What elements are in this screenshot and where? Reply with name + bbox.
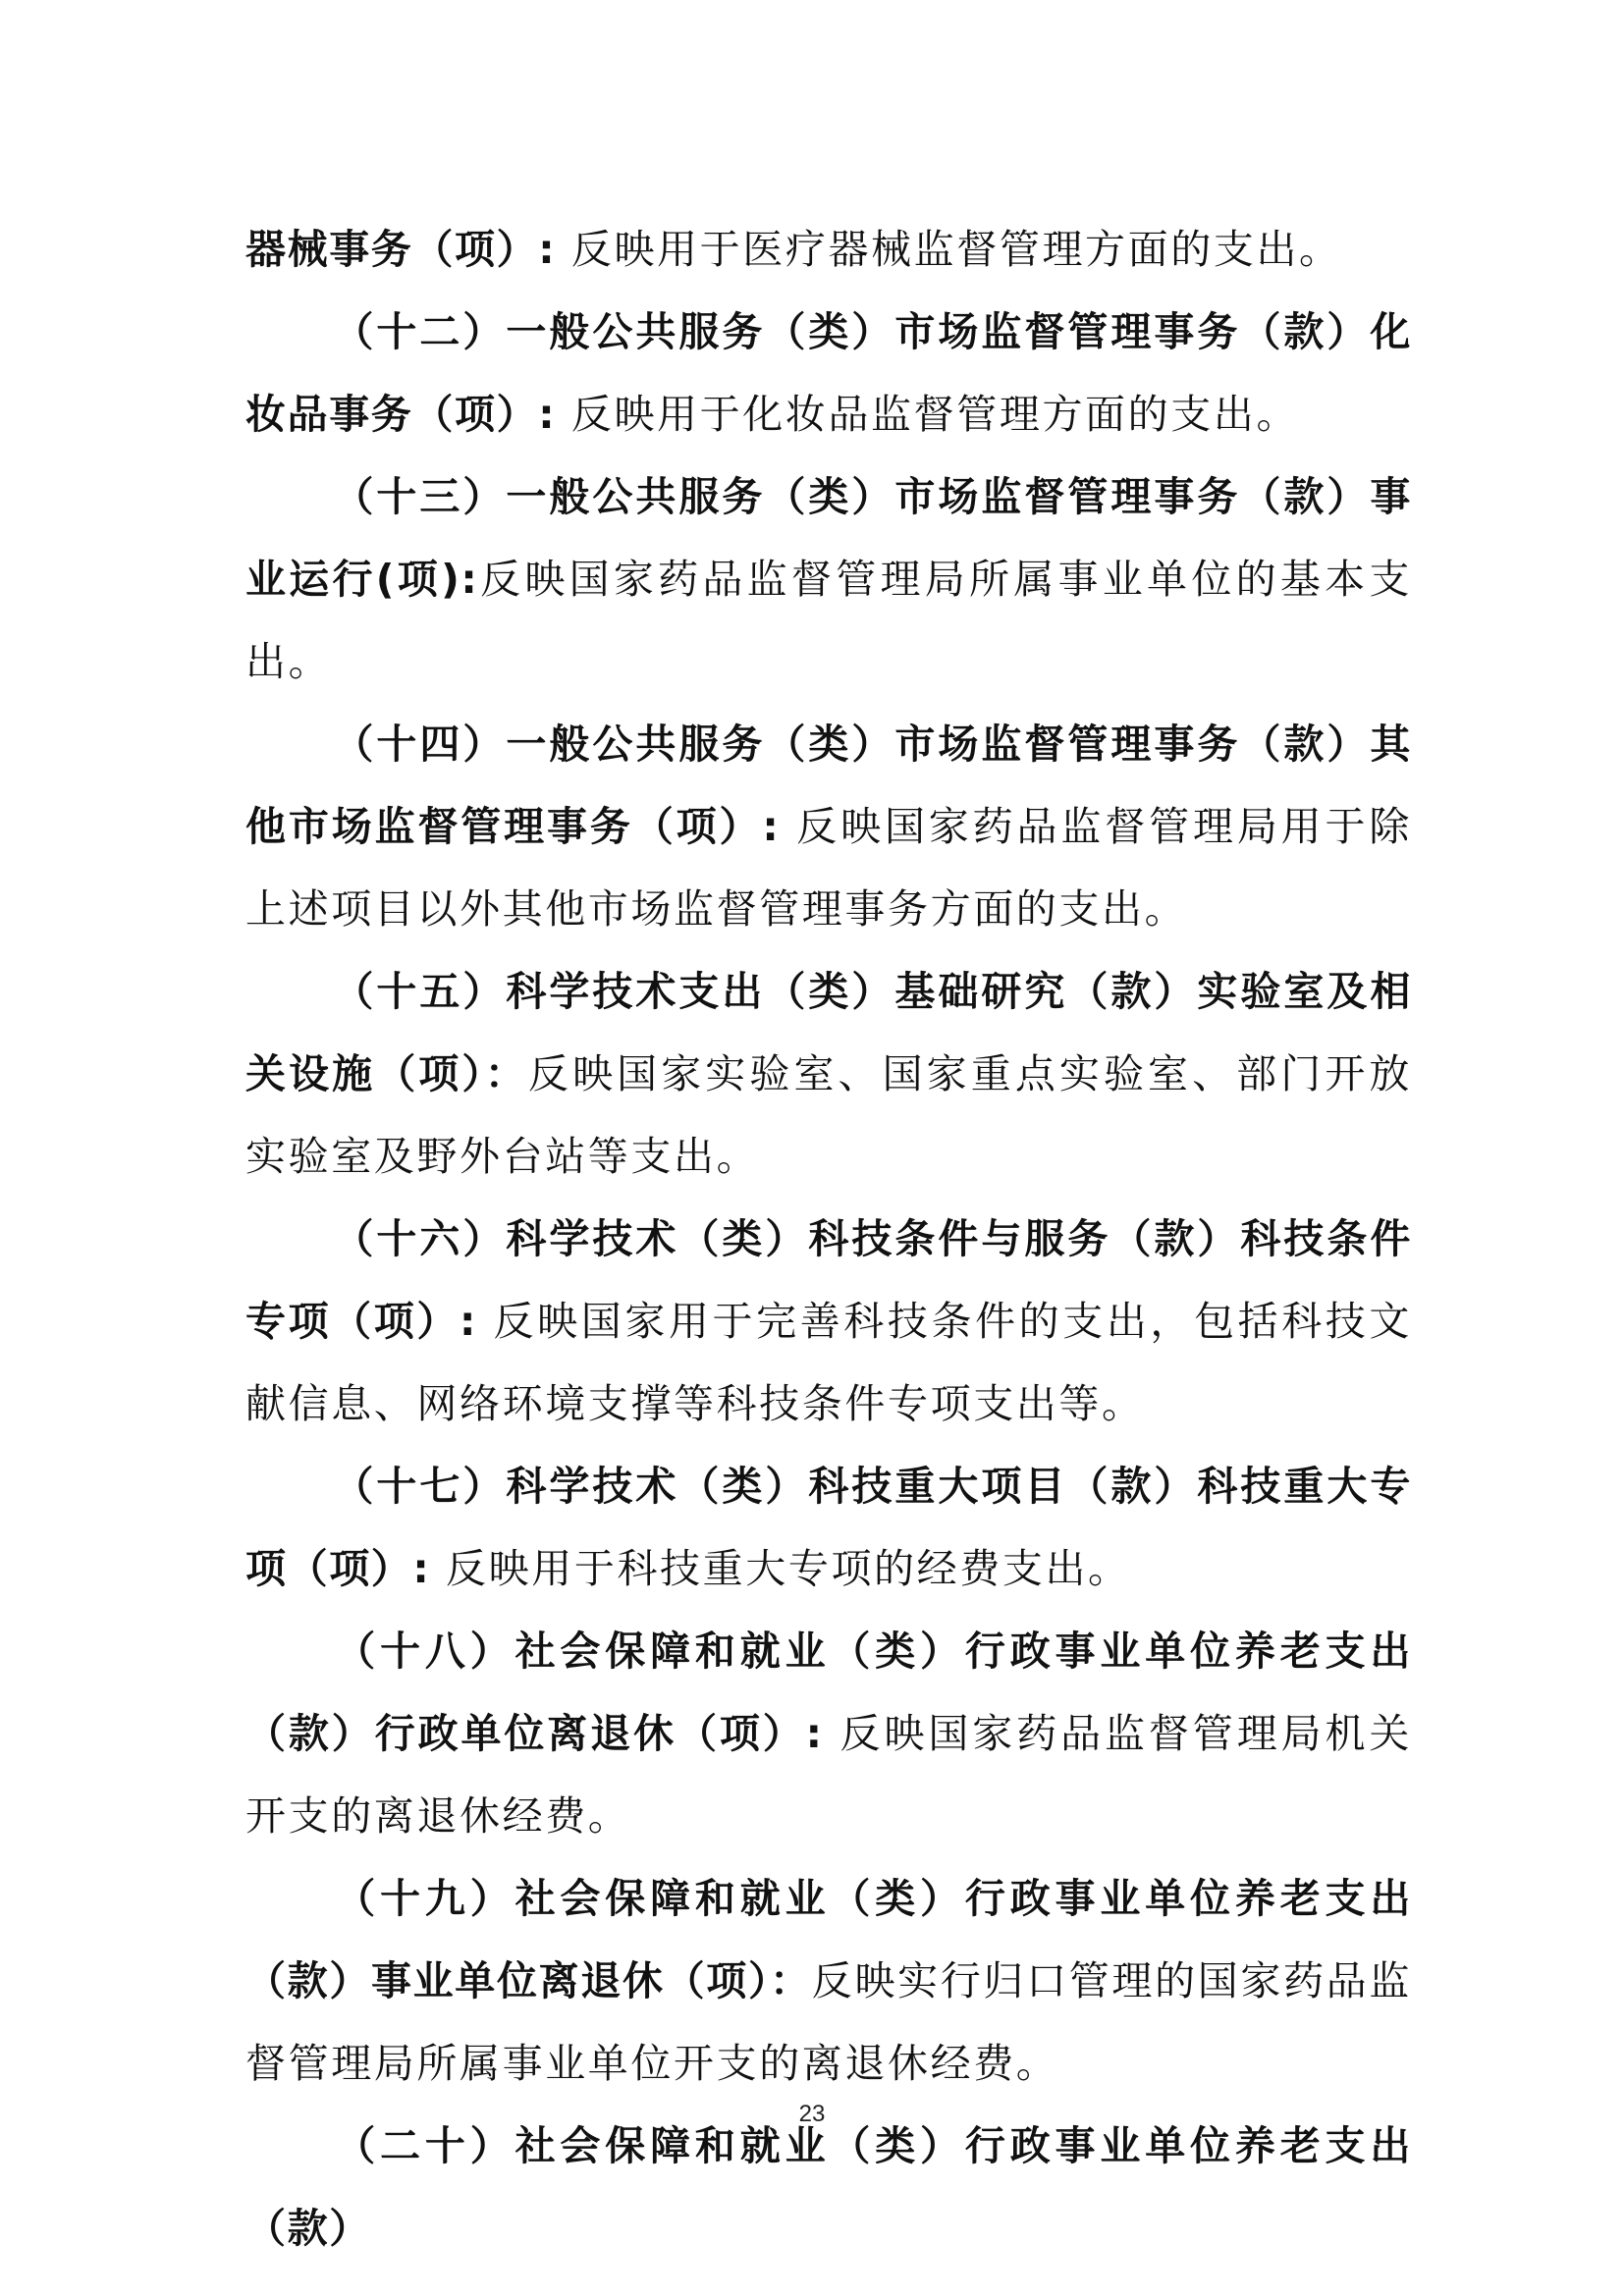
paragraph-heading: （二十）社会保障和就业（类）行政事业单位养老支出（款） <box>245 2122 1412 2252</box>
paragraph-heading: 器械事务（项）: <box>245 226 556 273</box>
paragraph-item-11-continued: 器械事务（项）: 反映用于医疗器械监督管理方面的支出。 <box>245 208 1412 291</box>
document-body: 器械事务（项）: 反映用于医疗器械监督管理方面的支出。 （十二）一般公共服务（类… <box>245 208 1412 2269</box>
paragraph-text: 反映用于科技重大专项的经费支出。 <box>446 1545 1131 1592</box>
paragraph-item-14: （十四）一般公共服务（类）市场监督管理事务（款）其他市场监督管理事务（项）: 反… <box>245 703 1412 950</box>
paragraph-item-16: （十六）科学技术（类）科技条件与服务（款）科技条件专项（项）: 反映国家用于完善… <box>245 1198 1412 1445</box>
paragraph-item-20: （二十）社会保障和就业（类）行政事业单位养老支出（款） <box>245 2105 1412 2269</box>
page-number: 23 <box>0 2101 1624 2128</box>
paragraph-item-13: （十三）一般公共服务（类）市场监督管理事务（款）事业运行(项):反映国家药品监督… <box>245 455 1412 703</box>
paragraph-item-12: （十二）一般公共服务（类）市场监督管理事务（款）化妆品事务（项）: 反映用于化妆… <box>245 291 1412 455</box>
paragraph-item-15: （十五）科学技术支出（类）基础研究（款）实验室及相关设施（项）：反映国家实验室、… <box>245 950 1412 1198</box>
paragraph-text: 反映用于化妆品监督管理方面的支出。 <box>571 391 1299 438</box>
paragraph-item-17: （十七）科学技术（类）科技重大项目（款）科技重大专项（项）: 反映用于科技重大专… <box>245 1445 1412 1610</box>
paragraph-text: 反映用于医疗器械监督管理方面的支出。 <box>571 226 1342 273</box>
paragraph-item-19: （十九）社会保障和就业（类）行政事业单位养老支出（款）事业单位离退休（项）：反映… <box>245 1857 1412 2105</box>
paragraph-item-18: （十八）社会保障和就业（类）行政事业单位养老支出（款）行政单位离退休（项）: 反… <box>245 1610 1412 1857</box>
document-page: 器械事务（项）: 反映用于医疗器械监督管理方面的支出。 （十二）一般公共服务（类… <box>0 0 1624 2296</box>
